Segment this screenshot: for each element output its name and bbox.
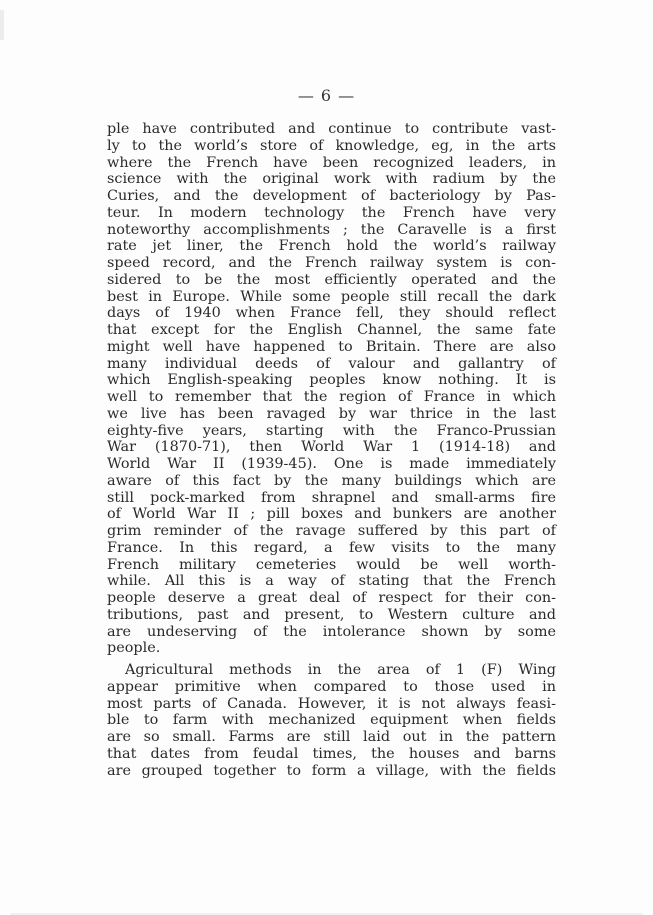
text-line: people deserve a great deal of respect f… [107, 590, 556, 607]
text-line: that except for the English Channel, the… [107, 322, 556, 339]
text-line: ly to the world’s store of knowledge, eg… [107, 138, 556, 155]
text-line: tributions, past and present, to Western… [107, 607, 556, 624]
text-line: might well have happened to Britain. The… [107, 339, 556, 356]
text-line: still pock-marked from shrapnel and smal… [107, 490, 556, 507]
text-line: Agricultural methods in the area of 1 (F… [107, 662, 556, 679]
text-line: France. In this regard, a few visits to … [107, 540, 556, 557]
text-line: of World War II ; pill boxes and bunkers… [107, 506, 556, 523]
text-line: well to remember that the region of Fran… [107, 389, 556, 406]
text-line: War (1870-71), then World War 1 (1914-18… [107, 439, 556, 456]
text-line: many individual deeds of valour and gall… [107, 356, 556, 373]
text-line: where the French have been recognized le… [107, 155, 556, 172]
text-line: noteworthy accomplishments ; the Caravel… [107, 222, 556, 239]
text-line: best in Europe. While some people still … [107, 289, 556, 306]
text-line: days of 1940 when France fell, they shou… [107, 305, 556, 322]
text-line: grim reminder of the ravage suffered by … [107, 523, 556, 540]
text-line: ble to farm with mechanized equipment wh… [107, 712, 556, 729]
text-line: aware of this fact by the many buildings… [107, 473, 556, 490]
text-line: World War II (1939-45). One is made imme… [107, 456, 556, 473]
text-line: are grouped together to form a village, … [107, 763, 556, 780]
text-line: speed record, and the French railway sys… [107, 255, 556, 272]
text-line: sidered to be the most efficiently opera… [107, 272, 556, 289]
text-line: eighty-five years, starting with the Fra… [107, 423, 556, 440]
text-line: science with the original work with radi… [107, 171, 556, 188]
text-line: ple have contributed and continue to con… [107, 121, 556, 138]
text-line: are so small. Farms are still laid out i… [107, 729, 556, 746]
body-text: ple have contributed and continue to con… [107, 121, 556, 779]
paragraph-1: ple have contributed and continue to con… [107, 121, 556, 657]
text-line: which English-speaking peoples know noth… [107, 372, 556, 389]
text-line: people. [107, 640, 556, 657]
text-line: appear primitive when compared to those … [107, 679, 556, 696]
paragraph-2: Agricultural methods in the area of 1 (F… [107, 662, 556, 779]
text-line: that dates from feudal times, the houses… [107, 746, 556, 763]
text-line: Curies, and the development of bacteriol… [107, 188, 556, 205]
text-line: are undeserving of the intolerance shown… [107, 624, 556, 641]
text-line: French military cemeteries would be well… [107, 557, 556, 574]
text-line: we live has been ravaged by war thrice i… [107, 406, 556, 423]
text-line: rate jet liner, the French hold the worl… [107, 238, 556, 255]
text-line: most parts of Canada. However, it is not… [107, 696, 556, 713]
text-line: while. All this is a way of stating that… [107, 573, 556, 590]
scan-artifact [0, 10, 4, 40]
text-line: teur. In modern technology the French ha… [107, 205, 556, 222]
page-number: — 6 — [0, 86, 653, 105]
document-page: — 6 — ple have contributed and continue … [0, 0, 653, 915]
